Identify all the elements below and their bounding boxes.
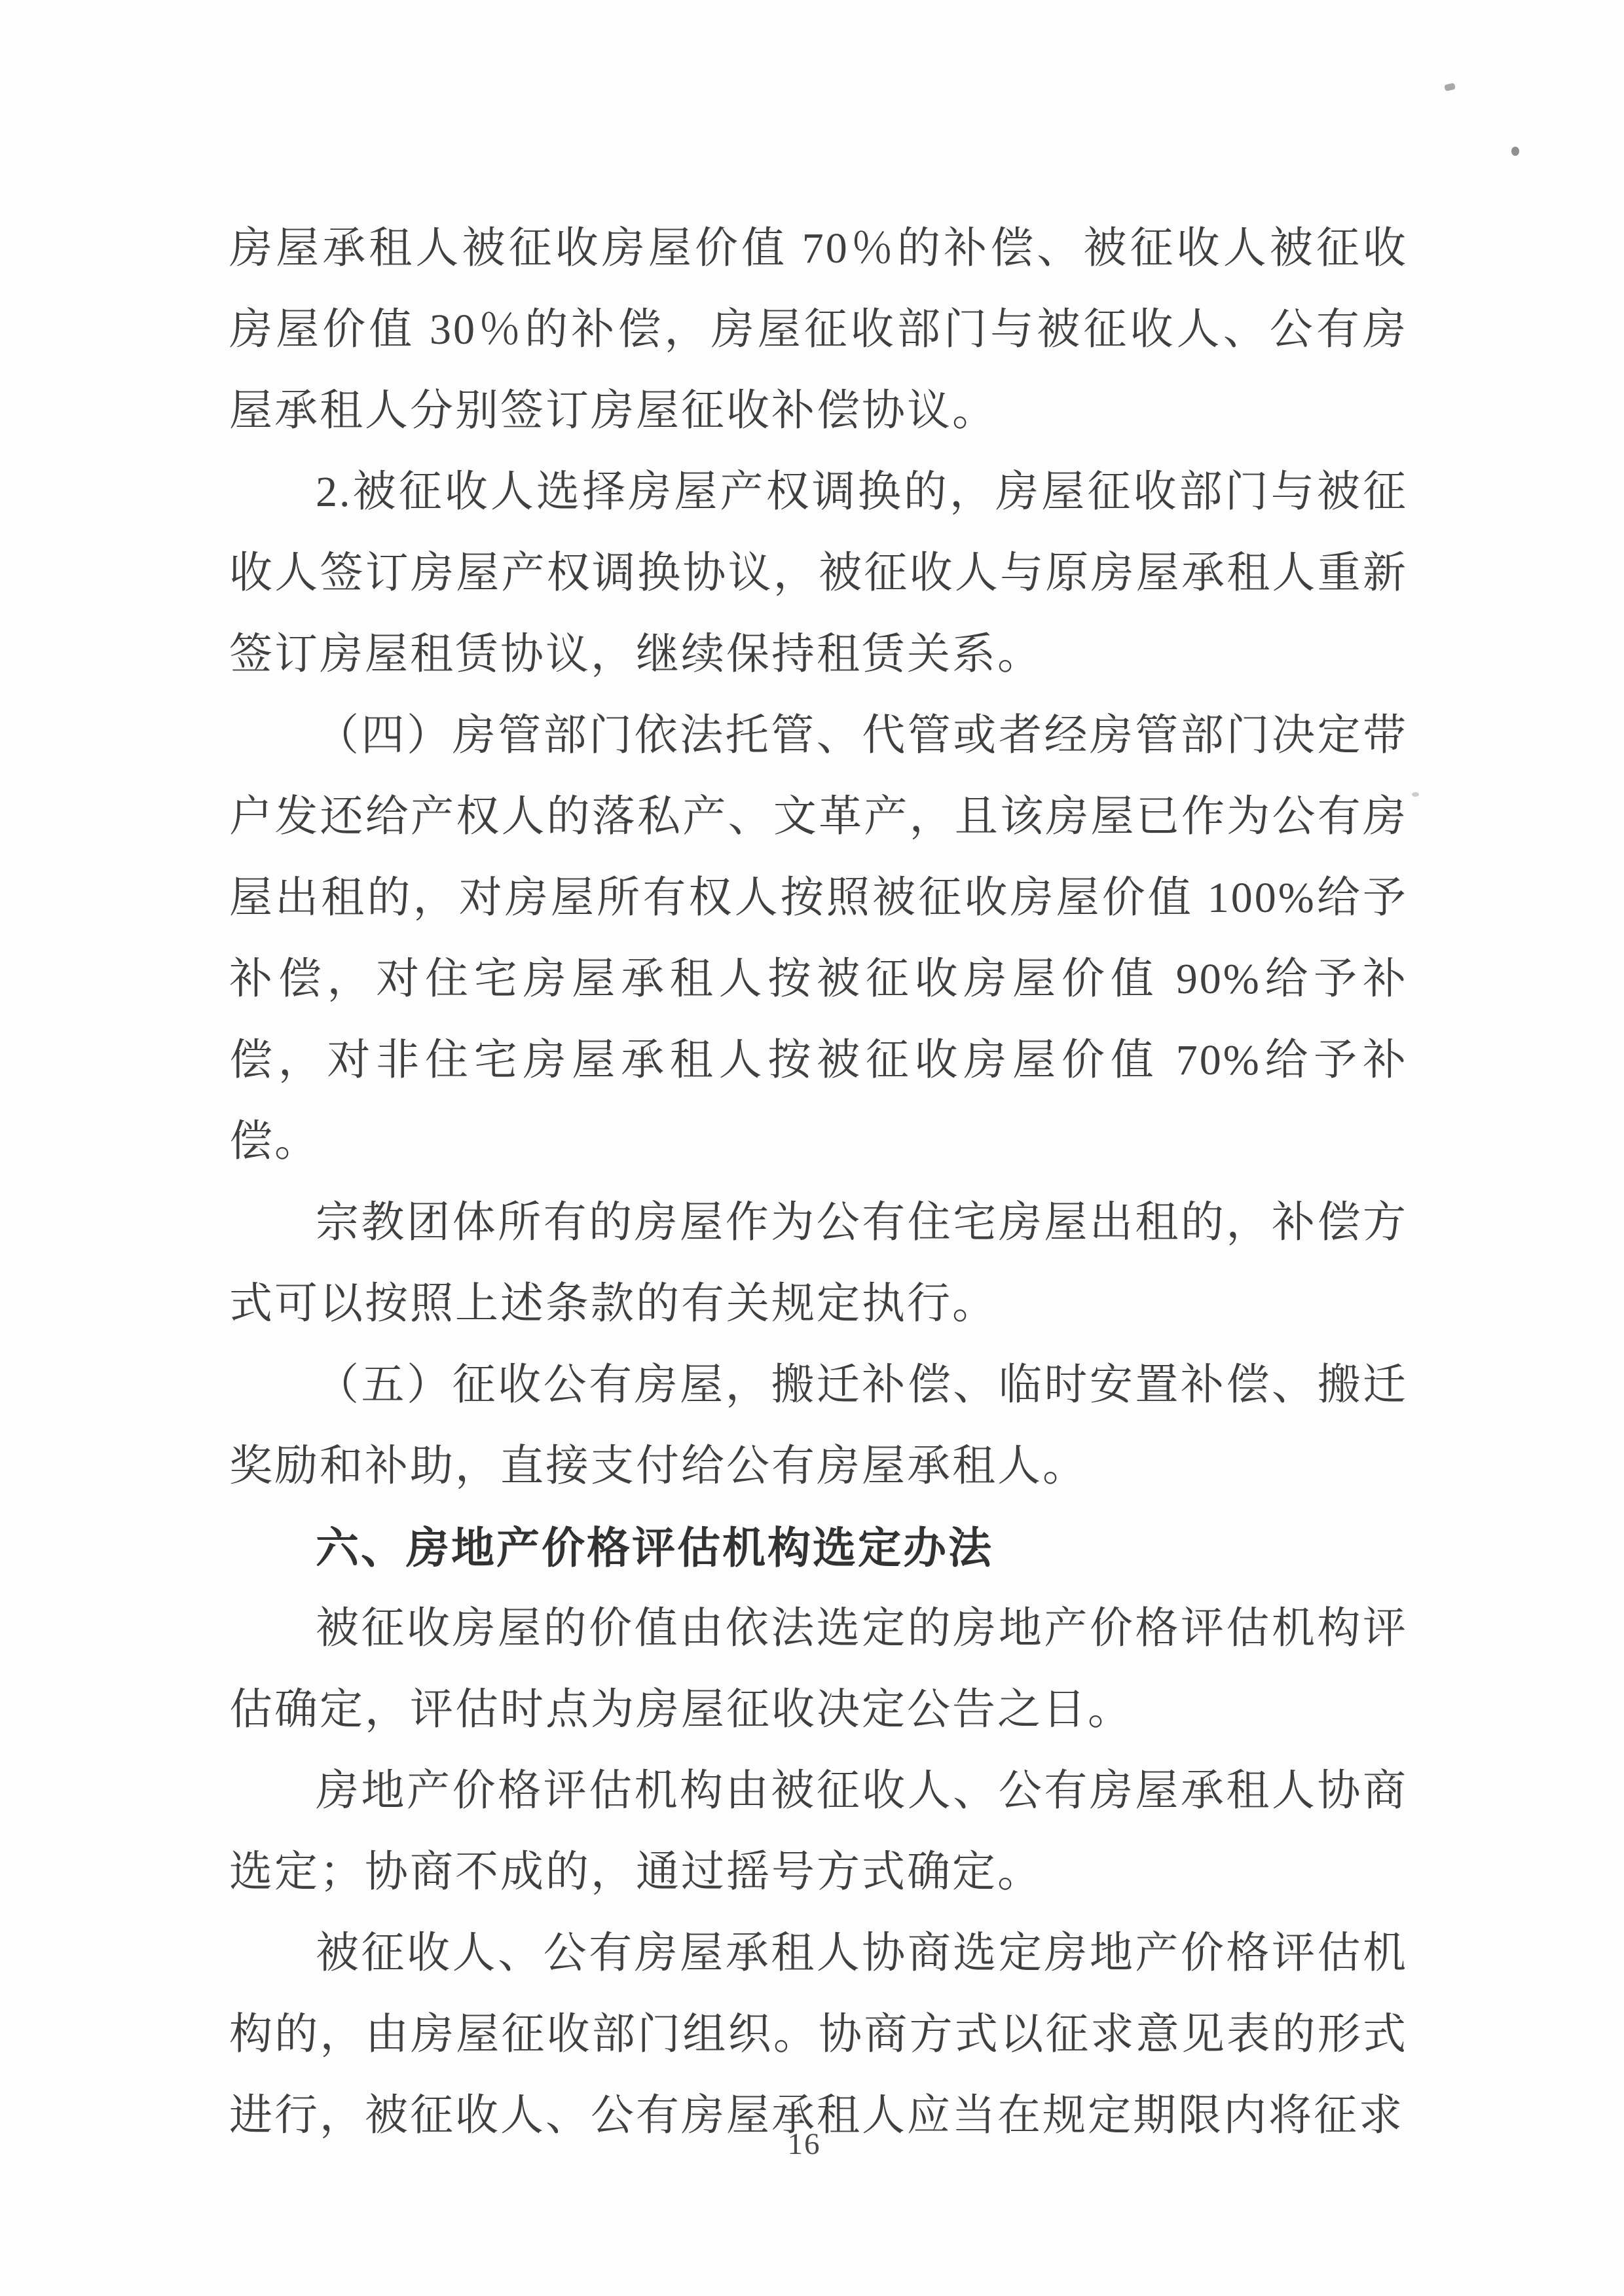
page-number: 16	[739, 2129, 870, 2160]
scan-artifact-speck	[1444, 82, 1456, 91]
section-heading-six: 六、房地产价格评估机构选定办法	[229, 1507, 1408, 1588]
paragraph-continuation: 房屋承租人被征收房屋价值 70％的补偿、被征收人被征收房屋价值 30％的补偿，房…	[229, 208, 1408, 452]
paragraph-consultation-process: 被征收人、公有房屋承租人协商选定房地产价格评估机构的，由房屋征收部门组织。协商方…	[229, 1913, 1408, 2157]
document-body: 房屋承租人被征收房屋价值 70％的补偿、被征收人被征收房屋价值 30％的补偿，房…	[229, 208, 1408, 2157]
scan-artifact-speck	[1412, 792, 1419, 797]
document-page: 房屋承租人被征收房屋价值 70％的补偿、被征收人被征收房屋价值 30％的补偿，房…	[0, 0, 1624, 2296]
paragraph-item-2: 2.被征收人选择房屋产权调换的，房屋征收部门与被征收人签订房屋产权调换协议，被征…	[229, 452, 1408, 695]
paragraph-item-five: （五）征收公有房屋，搬迁补偿、临时安置补偿、搬迁奖励和补助，直接支付给公有房屋承…	[229, 1345, 1408, 1507]
scan-artifact-speck	[1511, 147, 1519, 156]
paragraph-religious-groups: 宗教团体所有的房屋作为公有住宅房屋出租的，补偿方式可以按照上述条款的有关规定执行…	[229, 1182, 1408, 1345]
paragraph-value-assessment: 被征收房屋的价值由依法选定的房地产价格评估机构评估确定，评估时点为房屋征收决定公…	[229, 1588, 1408, 1751]
paragraph-item-four: （四）房管部门依法托管、代管或者经房管部门决定带户发还给产权人的落私产、文革产，…	[229, 695, 1408, 1182]
paragraph-agency-selection: 房地产价格评估机构由被征收人、公有房屋承租人协商选定；协商不成的，通过摇号方式确…	[229, 1751, 1408, 1913]
